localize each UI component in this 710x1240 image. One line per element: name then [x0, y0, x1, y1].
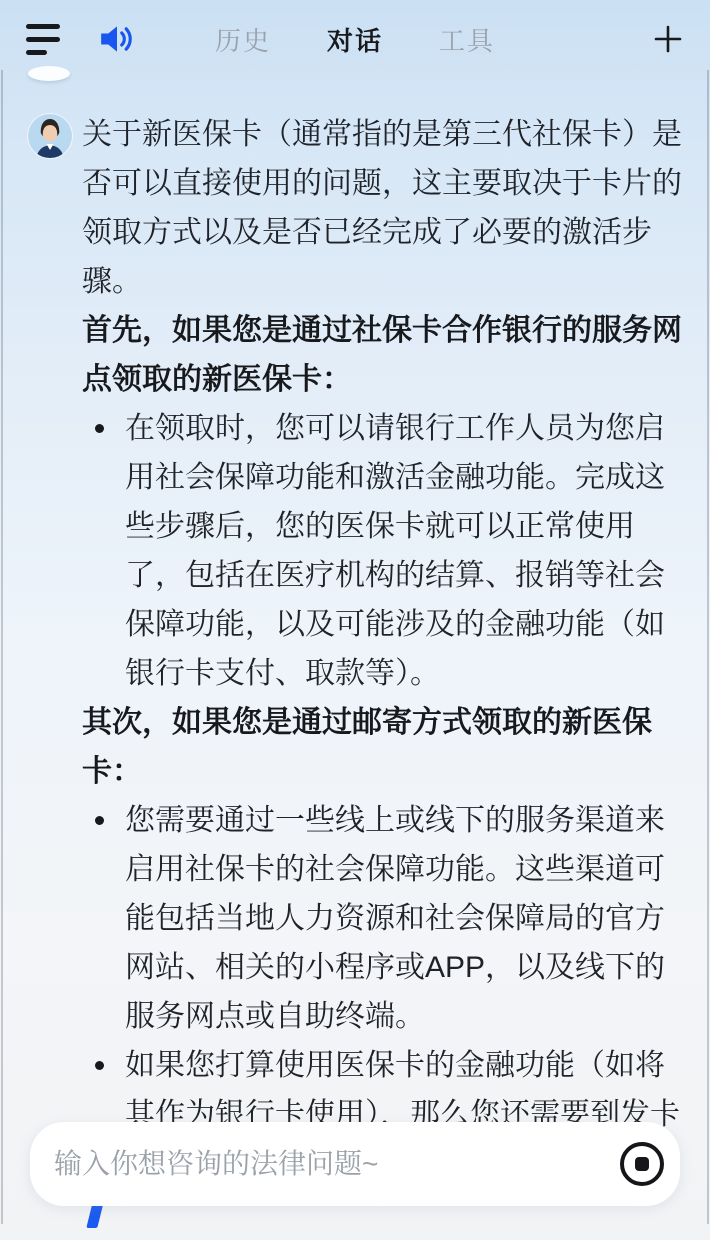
hamburger-icon: [26, 24, 60, 29]
screen-edge-right: [707, 70, 709, 1224]
avatar-woman-image: [28, 114, 72, 158]
stop-icon: [635, 1157, 649, 1171]
list-item: 在领取时，您可以请银行工作人员为您启用社会保障功能和激活金融功能。完成这些步骤后…: [82, 404, 684, 698]
list-item: 您需要通过一些线上或线下的服务渠道来启用社保卡的社会保障功能。这些渠道可能包括当…: [82, 796, 684, 1041]
chat-scroll-area[interactable]: 关于新医保卡（通常指的是第三代社保卡）是否可以直接使用的问题，这主要取决于卡片的…: [0, 78, 710, 1240]
tab-bar: 历史 对话 工具: [215, 21, 495, 58]
tab-history[interactable]: 历史: [215, 21, 271, 58]
speaker-button[interactable]: [98, 21, 136, 57]
section-1-list: 在领取时，您可以请银行工作人员为您启用社会保障功能和激活金融功能。完成这些步骤后…: [82, 404, 684, 698]
section-1-heading: 首先，如果您是通过社保卡合作银行的服务网点领取的新医保卡：: [82, 306, 684, 404]
message-intro: 关于新医保卡（通常指的是第三代社保卡）是否可以直接使用的问题，这主要取决于卡片的…: [82, 110, 684, 306]
assistant-message: 关于新医保卡（通常指的是第三代社保卡）是否可以直接使用的问题，这主要取决于卡片的…: [0, 78, 710, 1240]
top-bar: 历史 对话 工具: [0, 0, 710, 78]
composer-bar: [30, 1122, 680, 1206]
message-input[interactable]: [52, 1147, 620, 1181]
tab-chat[interactable]: 对话: [327, 21, 383, 58]
menu-button[interactable]: [26, 24, 60, 55]
new-chat-button[interactable]: [652, 23, 684, 55]
section-2-heading: 其次，如果您是通过邮寄方式领取的新医保卡：: [82, 698, 684, 796]
plus-icon: [652, 23, 684, 55]
speaker-loud-icon: [98, 21, 136, 57]
assistant-avatar: [28, 114, 72, 158]
stop-generating-button[interactable]: [620, 1142, 664, 1186]
tab-tools[interactable]: 工具: [439, 21, 495, 58]
assistant-message-body: 关于新医保卡（通常指的是第三代社保卡）是否可以直接使用的问题，这主要取决于卡片的…: [82, 110, 684, 1240]
screen-edge-left: [1, 70, 3, 1224]
